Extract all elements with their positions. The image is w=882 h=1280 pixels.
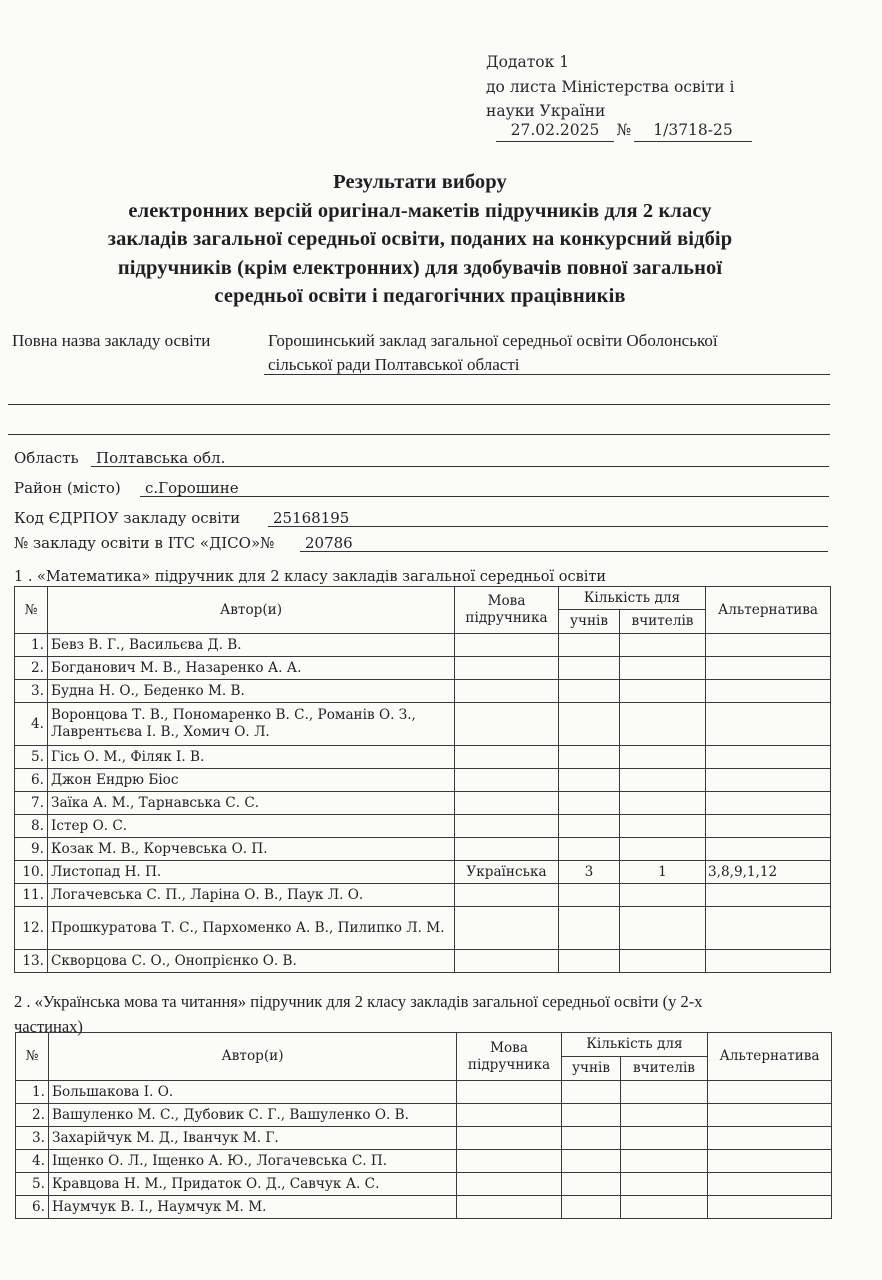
- table-row: 3. Захарійчук М. Д., Іванчук М. Г.: [16, 1127, 832, 1150]
- appendix-header: Додаток 1 до листа Міністерства освіти і…: [486, 50, 786, 124]
- row-students-cell[interactable]: [559, 815, 620, 838]
- diso-underline: [300, 551, 828, 552]
- table-row: 1. Бевз В. Г., Васильєва Д. В.: [15, 634, 831, 657]
- edrpou-underline: [268, 526, 828, 527]
- row-students-cell[interactable]: [559, 950, 620, 973]
- header-students: учнів: [562, 1057, 621, 1081]
- row-num: 5.: [15, 746, 48, 769]
- row-num: 12.: [15, 907, 48, 950]
- row-authors: Логачевська С. П., Ларіна О. В., Паук Л.…: [48, 884, 455, 907]
- row-alternative-cell[interactable]: [706, 657, 831, 680]
- row-alternative-cell[interactable]: [708, 1104, 832, 1127]
- header-num: №: [15, 587, 48, 634]
- table-row: 2. Богданович М. В., Назаренко А. А.: [15, 657, 831, 680]
- row-authors: Вашуленко М. С., Дубовик С. Г., Вашуленк…: [49, 1104, 457, 1127]
- region-label: Область: [14, 449, 79, 467]
- row-alternative-cell[interactable]: [708, 1196, 832, 1219]
- row-num: 8.: [15, 815, 48, 838]
- district-underline: [140, 496, 829, 497]
- institution-value-line-2: сільської ради Полтавської області: [268, 355, 519, 375]
- ukrainian-textbooks-table: № Автор(и) Мова підручника Кількість для…: [15, 1032, 832, 1219]
- title-line-2: електронних версій оригінал-макетів підр…: [20, 197, 820, 226]
- row-language-cell[interactable]: [455, 815, 559, 838]
- header-language: Мова підручника: [455, 587, 559, 634]
- row-language-cell[interactable]: [455, 838, 559, 861]
- table-row: 12. Прошкуратова Т. С., Пархоменко А. В.…: [15, 907, 831, 950]
- row-alternative-cell[interactable]: [708, 1173, 832, 1196]
- appendix-ministry: науки України: [486, 99, 786, 124]
- row-teachers-cell[interactable]: [621, 1081, 708, 1104]
- row-language-cell[interactable]: [455, 792, 559, 815]
- row-language-cell[interactable]: [455, 950, 559, 973]
- row-num: 7.: [15, 792, 48, 815]
- row-alternative-cell[interactable]: 3,8,9,1,12: [706, 861, 831, 884]
- number-sign: №: [614, 121, 634, 139]
- row-alternative-cell[interactable]: [706, 884, 831, 907]
- row-alternative-cell[interactable]: [706, 950, 831, 973]
- row-authors: Большакова І. О.: [49, 1081, 457, 1104]
- row-students-cell[interactable]: [559, 657, 620, 680]
- row-alternative-cell[interactable]: [708, 1150, 832, 1173]
- row-num: 2.: [16, 1104, 49, 1127]
- row-authors: Заїка А. М., Тарнавська С. С.: [48, 792, 455, 815]
- header-num: №: [16, 1033, 49, 1081]
- row-alternative-cell[interactable]: [708, 1127, 832, 1150]
- table-row-selected: 10. Листопад Н. П. Українська 3 1 3,8,9,…: [15, 861, 831, 884]
- row-authors: Кравцова Н. М., Придаток О. Д., Савчук А…: [49, 1173, 457, 1196]
- row-language-cell[interactable]: [455, 634, 559, 657]
- row-alternative-cell[interactable]: [706, 792, 831, 815]
- row-teachers-cell[interactable]: [621, 1196, 708, 1219]
- row-authors: Будна Н. О., Беденко М. В.: [48, 680, 455, 703]
- row-students-cell[interactable]: [562, 1104, 621, 1127]
- row-students-cell[interactable]: [559, 703, 620, 746]
- row-students-cell[interactable]: [559, 907, 620, 950]
- row-teachers-cell[interactable]: [620, 907, 706, 950]
- letter-reference: 27.02.2025 № 1/3718-25: [486, 121, 756, 147]
- diso-value: 20786: [305, 534, 353, 552]
- row-teachers-cell[interactable]: [620, 769, 706, 792]
- header-quantity-for: Кількість для: [562, 1033, 708, 1057]
- header-alternative: Альтернатива: [706, 587, 831, 634]
- row-language-cell[interactable]: [455, 657, 559, 680]
- row-authors: Прошкуратова Т. С., Пархоменко А. В., Пи…: [48, 907, 455, 950]
- row-students-cell[interactable]: [559, 838, 620, 861]
- header-teachers: вчителів: [621, 1057, 708, 1081]
- row-language-cell[interactable]: [457, 1127, 562, 1150]
- table-row: 3. Будна Н. О., Беденко М. В.: [15, 680, 831, 703]
- table-row: 1. Большакова І. О.: [16, 1081, 832, 1104]
- table-row: 6. Наумчук В. І., Наумчук М. М.: [16, 1196, 832, 1219]
- blank-line-2: [8, 434, 830, 435]
- table-row: 4. Воронцова Т. В., Пономаренко В. С., Р…: [15, 703, 831, 746]
- row-authors: Наумчук В. І., Наумчук М. М.: [49, 1196, 457, 1219]
- row-language-cell[interactable]: Українська: [455, 861, 559, 884]
- row-num: 6.: [15, 769, 48, 792]
- row-authors: Листопад Н. П.: [48, 861, 455, 884]
- row-authors: Гісь О. М., Філяк І. В.: [48, 746, 455, 769]
- row-num: 3.: [16, 1127, 49, 1150]
- row-teachers-cell[interactable]: [621, 1150, 708, 1173]
- table-row: 9. Козак М. В., Корчевська О. П.: [15, 838, 831, 861]
- edrpou-label: Код ЄДРПОУ закладу освіти: [14, 509, 240, 527]
- row-authors: Скворцова С. О., Онопрієнко О. В.: [48, 950, 455, 973]
- header-alternative: Альтернатива: [708, 1033, 832, 1081]
- row-students-cell[interactable]: [559, 634, 620, 657]
- row-students-cell[interactable]: [559, 746, 620, 769]
- row-authors: Богданович М. В., Назаренко А. А.: [48, 657, 455, 680]
- row-num: 9.: [15, 838, 48, 861]
- row-num: 2.: [15, 657, 48, 680]
- row-language-cell[interactable]: [455, 907, 559, 950]
- row-num: 4.: [16, 1150, 49, 1173]
- table-row: 11. Логачевська С. П., Ларіна О. В., Пау…: [15, 884, 831, 907]
- row-num: 13.: [15, 950, 48, 973]
- document-title: Результати вибору електронних версій ори…: [20, 168, 820, 311]
- row-authors: Істер О. С.: [48, 815, 455, 838]
- title-line-5: середньої освіти і педагогічних працівни…: [20, 282, 820, 311]
- row-teachers-cell[interactable]: [621, 1127, 708, 1150]
- table-row: 2. Вашуленко М. С., Дубовик С. Г., Вашул…: [16, 1104, 832, 1127]
- header-authors: Автор(и): [48, 587, 455, 634]
- district-value: с.Горошине: [145, 479, 239, 497]
- row-students-cell[interactable]: [562, 1196, 621, 1219]
- row-alternative-cell[interactable]: [706, 838, 831, 861]
- region-underline: [91, 466, 829, 467]
- row-alternative-cell[interactable]: [706, 703, 831, 746]
- institution-underline: [264, 374, 830, 375]
- row-teachers-cell[interactable]: [621, 1173, 708, 1196]
- row-language-cell[interactable]: [457, 1196, 562, 1219]
- diso-label: № закладу освіти в ІТС «ДІСО»№: [14, 534, 274, 552]
- row-language-cell[interactable]: [455, 703, 559, 746]
- institution-label: Повна назва закладу освіти: [12, 331, 210, 351]
- row-alternative-cell[interactable]: [706, 680, 831, 703]
- table-row: 4. Іщенко О. Л., Іщенко А. Ю., Логачевсь…: [16, 1150, 832, 1173]
- table-row: 7. Заїка А. М., Тарнавська С. С.: [15, 792, 831, 815]
- math-textbooks-table: № Автор(и) Мова підручника Кількість для…: [14, 586, 831, 973]
- section-1-caption: 1 . «Математика» підручник для 2 класу з…: [14, 569, 606, 585]
- row-teachers-cell[interactable]: [620, 792, 706, 815]
- row-alternative-cell[interactable]: [706, 907, 831, 950]
- row-students-cell[interactable]: [562, 1173, 621, 1196]
- row-authors: Бевз В. Г., Васильєва Д. В.: [48, 634, 455, 657]
- table-row: 6. Джон Ендрю Біос: [15, 769, 831, 792]
- row-teachers-cell[interactable]: [620, 950, 706, 973]
- row-students-cell[interactable]: [559, 769, 620, 792]
- row-authors: Джон Ендрю Біос: [48, 769, 455, 792]
- header-authors: Автор(и): [49, 1033, 457, 1081]
- row-alternative-cell[interactable]: [706, 769, 831, 792]
- row-language-cell[interactable]: [457, 1104, 562, 1127]
- header-language: Мова підручника: [457, 1033, 562, 1081]
- row-num: 6.: [16, 1196, 49, 1219]
- row-alternative-cell[interactable]: [706, 815, 831, 838]
- row-language-cell[interactable]: [455, 746, 559, 769]
- header-teachers: вчителів: [620, 610, 706, 634]
- row-teachers-cell[interactable]: [620, 703, 706, 746]
- row-alternative-cell[interactable]: [706, 634, 831, 657]
- header-quantity-for: Кількість для: [559, 587, 706, 610]
- table-row: 5. Гісь О. М., Філяк І. В.: [15, 746, 831, 769]
- table-header-row: № Автор(и) Мова підручника Кількість для…: [15, 587, 831, 610]
- row-teachers-cell[interactable]: [620, 680, 706, 703]
- title-line-1: Результати вибору: [20, 168, 820, 197]
- edrpou-value: 25168195: [273, 509, 349, 527]
- row-alternative-cell[interactable]: [706, 746, 831, 769]
- table-row: 13. Скворцова С. О., Онопрієнко О. В.: [15, 950, 831, 973]
- table-header-row: № Автор(и) Мова підручника Кількість для…: [16, 1033, 832, 1057]
- row-num: 4.: [15, 703, 48, 746]
- table-row: 5. Кравцова Н. М., Придаток О. Д., Савчу…: [16, 1173, 832, 1196]
- row-alternative-cell[interactable]: [708, 1081, 832, 1104]
- region-value: Полтавська обл.: [96, 449, 225, 467]
- row-authors: Воронцова Т. В., Пономаренко В. С., Рома…: [48, 703, 455, 746]
- row-language-cell[interactable]: [455, 769, 559, 792]
- row-language-cell[interactable]: [455, 884, 559, 907]
- row-language-cell[interactable]: [457, 1173, 562, 1196]
- row-students-cell[interactable]: 3: [559, 861, 620, 884]
- header-students: учнів: [559, 610, 620, 634]
- row-teachers-cell[interactable]: [620, 838, 706, 861]
- row-num: 1.: [16, 1081, 49, 1104]
- row-teachers-cell[interactable]: 1: [620, 861, 706, 884]
- blank-line-1: [8, 404, 830, 405]
- row-teachers-cell[interactable]: [620, 746, 706, 769]
- row-authors: Захарійчук М. Д., Іванчук М. Г.: [49, 1127, 457, 1150]
- row-teachers-cell[interactable]: [620, 884, 706, 907]
- row-num: 10.: [15, 861, 48, 884]
- appendix-title: Додаток 1: [486, 50, 786, 75]
- row-students-cell[interactable]: [562, 1127, 621, 1150]
- title-line-3: закладів загальної середньої освіти, под…: [20, 225, 820, 254]
- row-num: 3.: [15, 680, 48, 703]
- institution-value-line-1: Горошинський заклад загальної середньої …: [268, 331, 718, 351]
- letter-number: 1/3718-25: [634, 121, 752, 142]
- table-row: 8. Істер О. С.: [15, 815, 831, 838]
- appendix-letter-ref: до листа Міністерства освіти і: [486, 75, 786, 100]
- row-language-cell[interactable]: [457, 1150, 562, 1173]
- row-language-cell[interactable]: [457, 1081, 562, 1104]
- section-2-caption-line-1: 2 . «Українська мова та читання» підручн…: [14, 989, 844, 1014]
- row-num: 1.: [15, 634, 48, 657]
- row-teachers-cell[interactable]: [620, 815, 706, 838]
- row-language-cell[interactable]: [455, 680, 559, 703]
- title-line-4: підручників (крім електронних) для здобу…: [20, 254, 820, 283]
- district-label: Район (місто): [14, 479, 121, 497]
- letter-date: 27.02.2025: [496, 121, 614, 142]
- row-students-cell[interactable]: [559, 884, 620, 907]
- row-teachers-cell[interactable]: [621, 1104, 708, 1127]
- row-students-cell[interactable]: [562, 1081, 621, 1104]
- row-teachers-cell[interactable]: [620, 634, 706, 657]
- row-students-cell[interactable]: [562, 1150, 621, 1173]
- row-authors: Козак М. В., Корчевська О. П.: [48, 838, 455, 861]
- row-teachers-cell[interactable]: [620, 657, 706, 680]
- row-authors: Іщенко О. Л., Іщенко А. Ю., Логачевська …: [49, 1150, 457, 1173]
- row-num: 5.: [16, 1173, 49, 1196]
- row-students-cell[interactable]: [559, 680, 620, 703]
- row-students-cell[interactable]: [559, 792, 620, 815]
- row-num: 11.: [15, 884, 48, 907]
